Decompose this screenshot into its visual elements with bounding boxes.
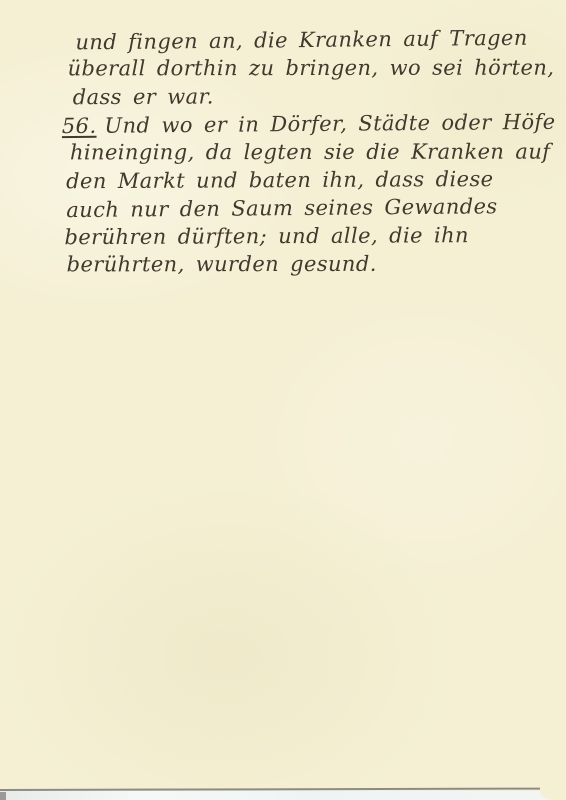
verse-number: 56. <box>62 114 97 138</box>
line-text: auch nur den Saum seines Gewandes <box>66 194 497 222</box>
line-text: dass er war. <box>73 84 214 109</box>
handwritten-line: hineinging, da legten sie die Kranken au… <box>70 138 546 167</box>
handwritten-line: auch nur den Saum seines Gewandes <box>66 192 546 224</box>
line-text: Und wo er in Dörfer, Städte oder Höfe <box>104 110 555 138</box>
page-corner <box>540 786 566 800</box>
scanned-handwritten-page: und fingen an, die Kranken auf Tragen üb… <box>0 0 566 800</box>
line-text: berühren dürften; und alle, die ihn <box>64 223 469 249</box>
handwritten-line: 56.Und wo er in Dörfer, Städte oder Höfe <box>62 108 546 140</box>
handwritten-line: berühren dürften; und alle, die ihn <box>64 221 546 252</box>
line-text: hineinging, da legten sie die Kranken au… <box>70 140 550 165</box>
line-text: den Markt und baten ihn, dass diese <box>66 167 493 193</box>
line-text: und fingen an, die Kranken auf Tragen <box>75 26 528 55</box>
page-bottom-edge <box>0 788 548 791</box>
scanner-bed-strip <box>0 791 566 800</box>
line-text: überall dorthin zu bringen, wo sei hörte… <box>68 56 555 81</box>
line-text: berührten, wurden gesund. <box>67 252 377 277</box>
handwritten-text-block: und fingen an, die Kranken auf Tragen üb… <box>61 25 546 280</box>
handwritten-line: und fingen an, die Kranken auf Tragen <box>75 24 545 57</box>
scanner-shadow <box>0 792 6 800</box>
handwritten-line: berührten, wurden gesund. <box>67 250 547 279</box>
handwritten-line: überall dorthin zu bringen, wo sei hörte… <box>68 54 546 83</box>
handwritten-line: dass er war. <box>73 81 546 111</box>
handwritten-line: den Markt und baten ihn, dass diese <box>66 165 546 196</box>
